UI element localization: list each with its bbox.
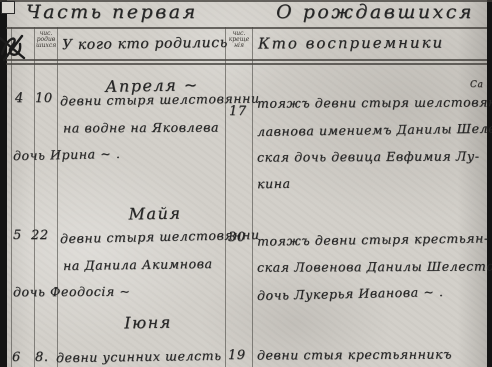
column-line-5 [252,27,253,367]
born-text-line: дочь Феодосія ~ [13,284,131,300]
header-baptism-number-line: нія [227,43,251,49]
godparents-text-line: лавнова имениемъ Данилы Шелестов- [257,120,492,139]
baptism-day: 19 [228,348,246,363]
header-baptism-number: чис. креще нія [227,31,251,49]
column-line-4 [225,27,226,367]
godparents-text-line: ская дочь девица Евфимия Лу- [257,148,480,164]
page-title-part2: О рождавшихся [276,1,474,23]
baptism-day: 17 [229,104,247,119]
godparents-text-line: ская Ловенова Данилы Шелестовски [257,258,492,274]
page-title: Часть первая О рождавшихся [26,1,474,23]
entry-number: 5 [13,228,22,243]
born-text-line: на Данила Акимнова [63,256,213,273]
godparents-text-line: девни стыя крестьянникъ [257,346,452,362]
entry-number: 6 [12,350,21,365]
godparents-text-line: кина [257,176,291,191]
margin-mark: Са [470,80,483,90]
header-born-number-line: шихся [36,43,56,49]
born-text-line: дочь Ирина ~ . [13,146,121,163]
corner-patch [1,1,15,14]
born-day: 22 [31,228,49,243]
ink-flourish-icon [0,28,34,64]
baptism-day: 30 [228,230,246,245]
rule-under-header-2 [6,63,487,65]
godparents-text-line: дочь Лукерья Иванова ~ . [257,284,444,303]
header-who-born: У кого кто родились [62,35,228,53]
month-heading-may: Майя [100,203,210,224]
born-day: 8. [35,350,49,365]
scanned-register-page: Часть первая О рождавшихся чис. родив ши… [0,0,492,367]
column-line-1 [11,27,12,367]
entry-number: 4 [15,91,24,106]
born-day: 10 [35,91,53,106]
godparents-text-line: тояжъ девни стыря крестьян- [257,230,489,248]
born-text-line: девни усинних шелсть [56,348,222,365]
rule-under-header-1 [6,59,487,61]
page-title-part1: Часть первая [26,1,198,23]
header-godparents: Кто восприемники [258,34,444,53]
scan-edge-right [487,0,492,367]
month-heading-june: Іюня [98,312,198,333]
column-line-3 [57,27,58,367]
born-text-line: на водне на Яковлева [63,120,219,136]
column-line-2 [34,27,35,367]
header-born-number: чис. родив шихся [36,31,56,49]
rule-under-title [6,27,487,29]
godparents-text-line: тояжъ девни стыря шелстовян- [257,94,492,110]
